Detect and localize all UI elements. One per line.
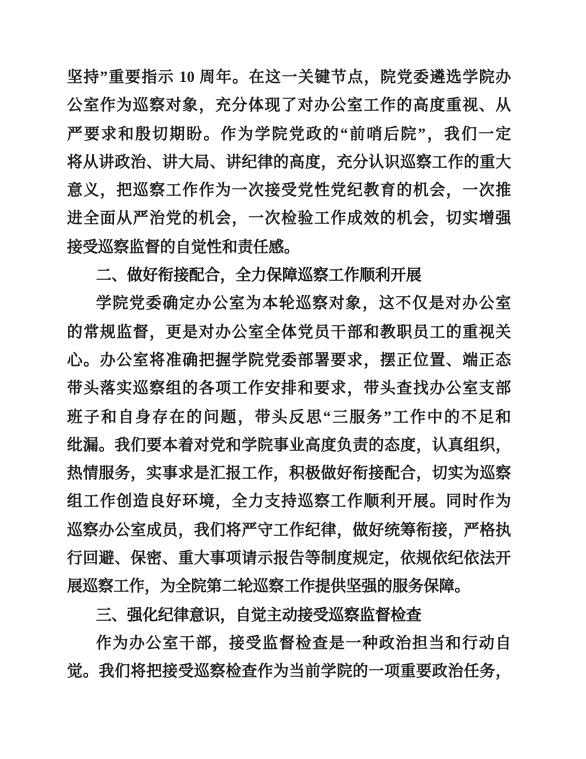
text-line: 将从讲政治、讲大局、讲纪律的高度，充分认识巡察工作的重大 (67, 149, 511, 177)
text-line: 严要求和殷切期盼。作为学院党政的“前哨后院”，我们一定 (67, 121, 511, 149)
text-line: 班子和自身存在的问题，带头反思“三服务”工作中的不足和 (67, 404, 511, 432)
document-body: 坚持”重要指示 10 周年。在这一关键节点，院党委遴选学院办公室作为巡察对象，充… (67, 64, 511, 687)
text-line: 巡察办公室成员，我们将严守工作纪律，做好统筹衔接，严格执 (67, 517, 511, 545)
text-line: 接受巡察监督的自觉性和责任感。 (67, 234, 511, 262)
text-line: 热情服务，实事求是汇报工作，积极做好衔接配合，切实为巡察 (67, 460, 511, 488)
text-line: 作为办公室干部，接受监督检查是一种政治担当和行动自 (67, 630, 511, 658)
text-line: 意义，把巡察工作作为一次接受党性党纪教育的机会，一次推 (67, 177, 511, 205)
text-line: 进全面从严治党的机会，一次检验工作成效的机会，切实增强 (67, 205, 511, 233)
text-line: 的常规监督，更是对办公室全体党员干部和教职员工的重视关 (67, 319, 511, 347)
text-line: 展巡察工作，为全院第二轮巡察工作提供坚强的服务保障。 (67, 573, 511, 601)
text-line: 坚持”重要指示 10 周年。在这一关键节点，院党委遴选学院办 (67, 64, 511, 92)
text-line: 组工作创造良好环境，全力支持巡察工作顺利开展。同时作为 (67, 488, 511, 516)
text-line: 觉。我们将把接受巡察检查作为当前学院的一项重要政治任务， (67, 658, 511, 686)
text-line: 学院党委确定办公室为本轮巡察对象，这不仅是对办公室 (67, 290, 511, 318)
section-heading: 二、做好衔接配合，全力保障巡察工作顺利开展 (67, 262, 511, 290)
text-line: 公室作为巡察对象，充分体现了对办公室工作的高度重视、从 (67, 92, 511, 120)
section-heading: 三、强化纪律意识，自觉主动接受巡察监督检查 (67, 602, 511, 630)
text-line: 带头落实巡察组的各项工作安排和要求，带头查找办公室支部 (67, 375, 511, 403)
text-line: 纰漏。我们要本着对党和学院事业高度负责的态度，认真组织， (67, 432, 511, 460)
text-line: 行回避、保密、重大事项请示报告等制度规定，依规依纪依法开 (67, 545, 511, 573)
document-page: 坚持”重要指示 10 周年。在这一关键节点，院党委遴选学院办公室作为巡察对象，充… (0, 0, 586, 759)
text-line: 心。办公室将准确把握学院党委部署要求，摆正位置、端正态度， (67, 347, 511, 375)
